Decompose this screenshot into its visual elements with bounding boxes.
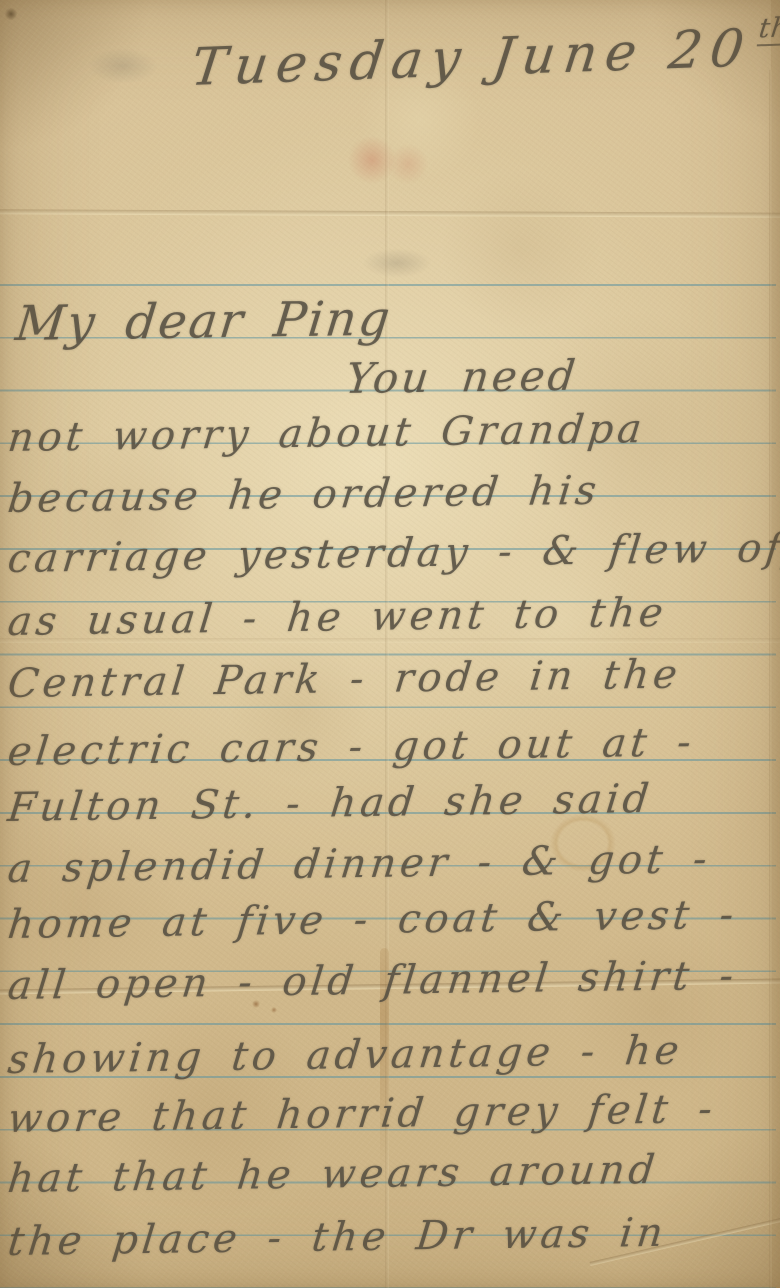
- letter-date: Tuesday June 20th: [188, 13, 780, 97]
- handwritten-line: because he ordered his: [6, 469, 603, 521]
- paper-edge-shade: [771, 0, 780, 1288]
- handwritten-line: carriage yesterday - & flew off: [6, 526, 780, 581]
- paper-mottling: [0, 0, 780, 1288]
- handwritten-line: hat that he wears around: [6, 1148, 661, 1201]
- stain-corner-speck: [4, 8, 18, 20]
- handwritten-letter-scan: Tuesday June 20th My dear Ping You need …: [0, 0, 780, 1288]
- handwritten-line: all open - old flannel shirt -: [6, 954, 740, 1008]
- fold-crease-top: [0, 209, 780, 217]
- stain-ring: [545, 808, 621, 878]
- fold-crease-lower: [0, 979, 780, 995]
- handwritten-line: as usual - he went to the: [6, 591, 670, 644]
- ruled-lines: [0, 284, 776, 1288]
- handwritten-line: a splendid dinner - & got -: [6, 837, 714, 891]
- handwritten-line: not worry about Grandpa: [6, 407, 648, 460]
- fold-crease-middle: [0, 638, 780, 643]
- handwritten-line: Fulton St. - had she said: [6, 777, 655, 830]
- letter-date-text: Tuesday June 20: [188, 19, 755, 98]
- stain-smudge-top: [88, 48, 158, 84]
- handwritten-line: You need: [343, 353, 580, 402]
- handwritten-line: showing to advantage - he: [6, 1029, 685, 1082]
- handwritten-line: Central Park - rode in the: [6, 653, 684, 706]
- stain-brown-crease: [380, 948, 389, 1168]
- letter-salutation: My dear Ping: [13, 293, 394, 351]
- stain-red: [340, 132, 440, 190]
- handwritten-line: the place - the Dr was in: [6, 1211, 669, 1264]
- letter-date-ordinal: th: [757, 12, 780, 46]
- fold-crease-bottom-right: [590, 1210, 780, 1266]
- paper-edge-line: [769, 70, 772, 1288]
- handwritten-line: wore that horrid grey felt -: [6, 1087, 719, 1141]
- fold-crease-vertical: [385, 0, 389, 1288]
- handwritten-line: home at five - coat & vest -: [6, 893, 740, 947]
- stain-dots: [248, 996, 288, 1018]
- handwritten-line: electric cars - got out at -: [6, 720, 698, 774]
- stain-smudge-mid: [362, 248, 432, 278]
